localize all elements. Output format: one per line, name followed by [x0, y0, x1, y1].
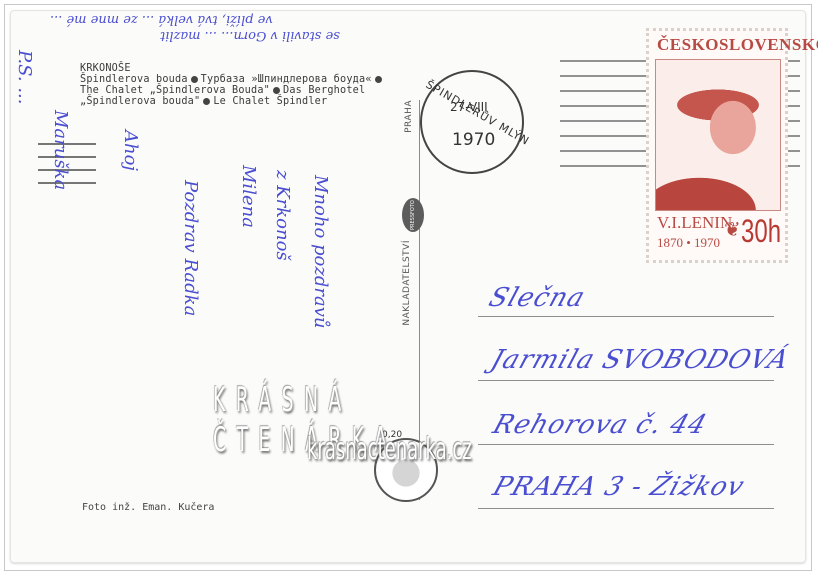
caption-segment: The Chalet „Špindlerova Bouda" [80, 85, 270, 96]
handwritten-top-note-line-1: ve plíži, tvá velká ... ze mne mé ... [50, 12, 273, 27]
handwritten-message-column: Maruška [50, 110, 71, 530]
stamp-years: 1870 • 1970 [657, 235, 720, 251]
watermark-url: krasnactenarka.cz [307, 432, 472, 467]
bullet-icon [273, 87, 280, 94]
stamp-name: V.I.LENIN [657, 213, 732, 233]
stamp-value: 30h [741, 213, 781, 250]
address-line-1: Slečna [485, 283, 589, 313]
address-rule [478, 508, 774, 509]
address-line-4: PRAHA 3 - Žižkov [489, 472, 748, 502]
handwritten-message-column: Ahoj [120, 130, 141, 430]
address-rule [478, 316, 774, 317]
handwritten-message-column: Pozdrav Radka [180, 180, 201, 480]
handwritten-top-note-line-2: se stavili v Gorn... ... mazlit [160, 28, 340, 43]
publisher-city: PRAHA [404, 100, 414, 133]
address-line-2: Jarmila SVOBODOVÁ [487, 345, 793, 375]
lenin-portrait-icon [655, 59, 781, 211]
publisher-label: NAKLADATELSTVÍ [402, 240, 412, 326]
bullet-icon [191, 76, 198, 83]
postage-stamp: ČESKOSLOVENSKO V.I.LENIN 1870 • 1970 ❦ 3… [646, 28, 788, 263]
handwritten-message-column: P.S. ... [14, 50, 35, 550]
caption-segment: Le Chalet Špindler [213, 96, 327, 107]
bullet-icon [203, 98, 210, 105]
pressfoto-logo-icon: PRESSFOTO [402, 198, 424, 232]
postmark-date: 27-VIII [450, 100, 488, 114]
bullet-icon [375, 76, 382, 83]
stamp-country: ČESKOSLOVENSKO [657, 35, 818, 55]
printed-caption: KRKONOŠE Špindlerova boudaТурбаза »Шпинд… [80, 63, 390, 107]
wheat-icon: ❦ [724, 217, 741, 241]
caption-segment: Špindlerova bouda [80, 74, 188, 85]
postmark-year: 1970 [452, 130, 495, 150]
photo-credit: Foto inž. Eman. Kučera [82, 502, 214, 513]
handwritten-message-column: Milena [238, 165, 259, 415]
caption-segment: Турбаза »Шпиндлерова боуда« [201, 74, 372, 85]
caption-region: KRKONOŠE [80, 63, 390, 74]
